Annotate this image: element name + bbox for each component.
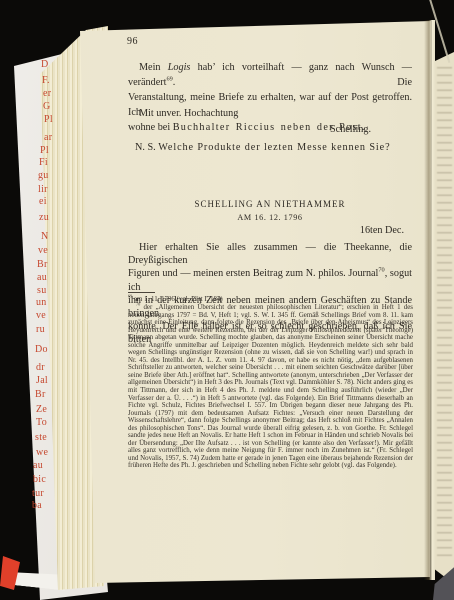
italic-word: Logis xyxy=(168,62,191,73)
text-line: Mein Logis hab’ ich vorteilhaft — ganz n… xyxy=(128,60,412,90)
text-line: Hier erhalten Sie alles zusammen — die T… xyxy=(128,241,412,267)
text-run: wohne bei xyxy=(128,122,173,133)
letter-dateline: 16ten Dec. xyxy=(128,225,404,236)
footnote-69: 69 am 1. 11. 1796 (vgl. Plitt I. 184) xyxy=(128,296,413,304)
text-line: Figuren und — meinen ersten Beitrag zum … xyxy=(128,267,412,293)
footnote-text: am 1. 11. 1796 (vgl. Plitt I. 184) xyxy=(132,296,222,303)
letter-subheading: AM 16. 12. 1796 xyxy=(128,213,412,222)
letter-closing: Mit unver. Hochachtung xyxy=(139,108,238,119)
footnote-text: der „Allgemeinen Übersicht der neuesten … xyxy=(128,304,413,469)
letter-heading: SCHELLING AN NIETHAMMER xyxy=(128,199,412,209)
text-run: . Die xyxy=(173,77,412,88)
footnote-70: 70 der „Allgemeinen Übersicht der neuest… xyxy=(128,304,413,470)
page-content: 96 Mein Logis hab’ ich vorteilhaft — gan… xyxy=(0,0,454,600)
text-run: Figuren und — meinen ersten Beitrag zum … xyxy=(128,268,378,279)
text-run: Mein xyxy=(139,62,168,73)
page-number: 96 xyxy=(127,36,138,47)
book-photo: DF.erGPlarPlFigulireizuNveBrausuunveruDo… xyxy=(0,0,454,600)
letter-signature: Schelling. xyxy=(330,124,371,135)
letter-postscript: N. S. Welche Produkte der lezten Messe k… xyxy=(135,142,391,153)
letterspaced-text: Welche Produkte der lezten Messe kennen … xyxy=(158,142,390,153)
text-run: N. S. xyxy=(135,142,158,153)
